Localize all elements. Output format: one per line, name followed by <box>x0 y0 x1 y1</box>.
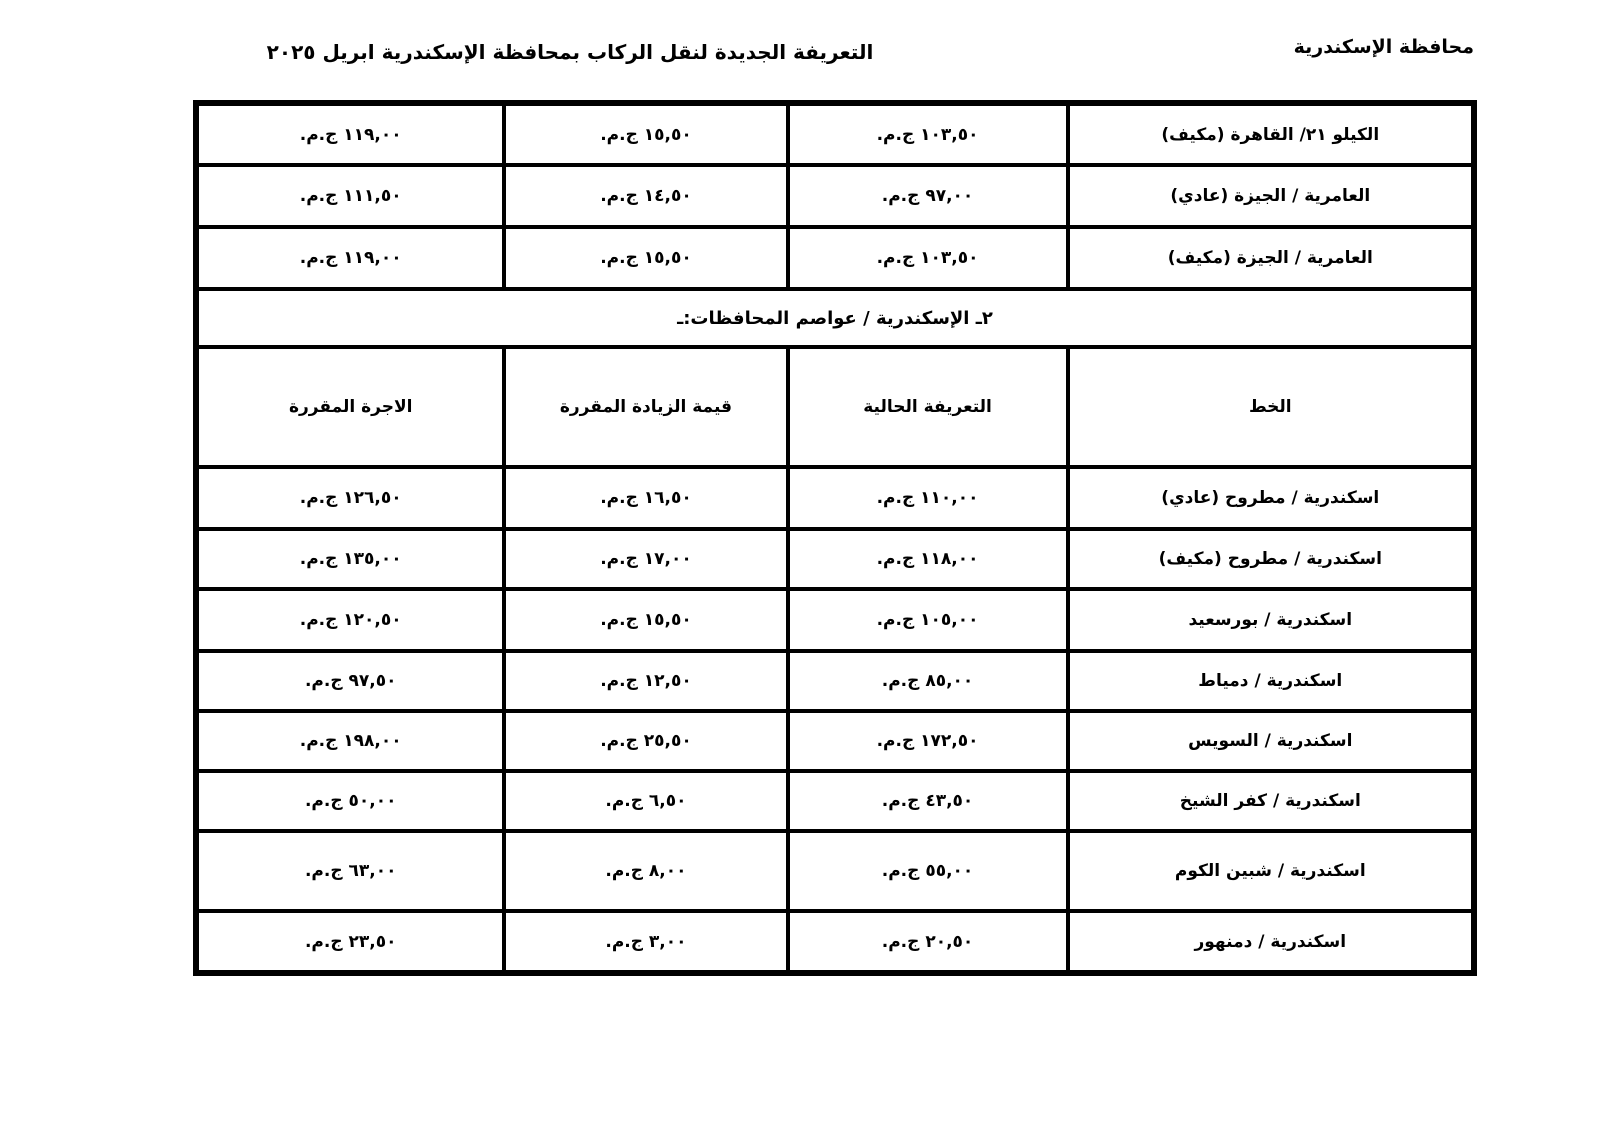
new-fare-cell: ١٩٨,٠٠ ج.م. <box>196 711 504 771</box>
current-fare-cell: ٨٥,٠٠ ج.م. <box>788 651 1068 711</box>
increase-cell: ١٧,٠٠ ج.م. <box>504 529 787 589</box>
section-banner: ٢ـ الإسكندرية / عواصم المحافظات:ـ <box>196 289 1474 347</box>
increase-cell: ٦,٥٠ ج.م. <box>504 771 787 831</box>
current-fare-cell: ١٠٥,٠٠ ج.م. <box>788 589 1068 651</box>
new-fare-cell: ٦٣,٠٠ ج.م. <box>196 831 504 911</box>
current-fare-cell: ١٠٣,٥٠ ج.م. <box>788 103 1068 165</box>
current-fare-cell: ١١٨,٠٠ ج.م. <box>788 529 1068 589</box>
column-header-line: الخط <box>1068 347 1474 467</box>
line-name-cell: اسكندرية / دمنهور <box>1068 911 1474 973</box>
current-fare-cell: ٩٧,٠٠ ج.م. <box>788 165 1068 227</box>
current-fare-cell: ٢٠,٥٠ ج.م. <box>788 911 1068 973</box>
increase-cell: ١٢,٥٠ ج.م. <box>504 651 787 711</box>
table-row: اسكندرية / كفر الشيخ ٤٣,٥٠ ج.م. ٦,٥٠ ج.م… <box>196 771 1474 831</box>
fare-table: الكيلو ٢١/ القاهرة (مكيف) ١٠٣,٥٠ ج.م. ١٥… <box>193 100 1477 976</box>
column-header-row: الخط التعريفة الحالية قيمة الزيادة المقر… <box>196 347 1474 467</box>
new-fare-cell: ١١٩,٠٠ ج.م. <box>196 103 504 165</box>
table-row: اسكندرية / السويس ١٧٢,٥٠ ج.م. ٢٥,٥٠ ج.م.… <box>196 711 1474 771</box>
new-fare-cell: ١٣٥,٠٠ ج.م. <box>196 529 504 589</box>
table-row: اسكندرية / شبين الكوم ٥٥,٠٠ ج.م. ٨,٠٠ ج.… <box>196 831 1474 911</box>
table-row: اسكندرية / بورسعيد ١٠٥,٠٠ ج.م. ١٥,٥٠ ج.م… <box>196 589 1474 651</box>
fare-table-container: الكيلو ٢١/ القاهرة (مكيف) ١٠٣,٥٠ ج.م. ١٥… <box>193 100 1477 976</box>
document-page: محافظة الإسكندرية التعريفة الجديدة لنقل … <box>0 0 1600 1131</box>
table-row: اسكندرية / مطروح (مكيف) ١١٨,٠٠ ج.م. ١٧,٠… <box>196 529 1474 589</box>
line-name-cell: العامرية / الجيزة (عادي) <box>1068 165 1474 227</box>
new-fare-cell: ٩٧,٥٠ ج.م. <box>196 651 504 711</box>
increase-cell: ١٥,٥٠ ج.م. <box>504 227 787 289</box>
current-fare-cell: ٤٣,٥٠ ج.م. <box>788 771 1068 831</box>
line-name-cell: اسكندرية / كفر الشيخ <box>1068 771 1474 831</box>
increase-cell: ٢٥,٥٠ ج.م. <box>504 711 787 771</box>
column-header-new-fare: الاجرة المقررة <box>196 347 504 467</box>
current-fare-cell: ١٠٣,٥٠ ج.م. <box>788 227 1068 289</box>
line-name-cell: اسكندرية / دمياط <box>1068 651 1474 711</box>
line-name-cell: اسكندرية / مطروح (عادي) <box>1068 467 1474 529</box>
column-header-increase: قيمة الزيادة المقررة <box>504 347 787 467</box>
increase-cell: ١٥,٥٠ ج.م. <box>504 589 787 651</box>
new-fare-cell: ٥٠,٠٠ ج.م. <box>196 771 504 831</box>
current-fare-cell: ١٧٢,٥٠ ج.م. <box>788 711 1068 771</box>
table-row: اسكندرية / دمنهور ٢٠,٥٠ ج.م. ٣,٠٠ ج.م. ٢… <box>196 911 1474 973</box>
section-banner-row: ٢ـ الإسكندرية / عواصم المحافظات:ـ <box>196 289 1474 347</box>
current-fare-cell: ١١٠,٠٠ ج.م. <box>788 467 1068 529</box>
line-name-cell: اسكندرية / السويس <box>1068 711 1474 771</box>
new-fare-cell: ١١٩,٠٠ ج.م. <box>196 227 504 289</box>
table-row: العامرية / الجيزة (عادي) ٩٧,٠٠ ج.م. ١٤,٥… <box>196 165 1474 227</box>
line-name-cell: اسكندرية / مطروح (مكيف) <box>1068 529 1474 589</box>
increase-cell: ١٤,٥٠ ج.م. <box>504 165 787 227</box>
current-fare-cell: ٥٥,٠٠ ج.م. <box>788 831 1068 911</box>
table-row: الكيلو ٢١/ القاهرة (مكيف) ١٠٣,٥٠ ج.م. ١٥… <box>196 103 1474 165</box>
line-name-cell: العامرية / الجيزة (مكيف) <box>1068 227 1474 289</box>
increase-cell: ٨,٠٠ ج.م. <box>504 831 787 911</box>
governorate-label: محافظة الإسكندرية <box>1294 36 1474 58</box>
new-fare-cell: ١٢٠,٥٠ ج.م. <box>196 589 504 651</box>
increase-cell: ١٥,٥٠ ج.م. <box>504 103 787 165</box>
new-fare-cell: ٢٣,٥٠ ج.م. <box>196 911 504 973</box>
document-title: التعريفة الجديدة لنقل الركاب بمحافظة الإ… <box>0 40 1140 64</box>
increase-cell: ٣,٠٠ ج.م. <box>504 911 787 973</box>
table-row: اسكندرية / مطروح (عادي) ١١٠,٠٠ ج.م. ١٦,٥… <box>196 467 1474 529</box>
new-fare-cell: ١١١,٥٠ ج.م. <box>196 165 504 227</box>
line-name-cell: الكيلو ٢١/ القاهرة (مكيف) <box>1068 103 1474 165</box>
table-row: اسكندرية / دمياط ٨٥,٠٠ ج.م. ١٢,٥٠ ج.م. ٩… <box>196 651 1474 711</box>
table-row: العامرية / الجيزة (مكيف) ١٠٣,٥٠ ج.م. ١٥,… <box>196 227 1474 289</box>
new-fare-cell: ١٢٦,٥٠ ج.م. <box>196 467 504 529</box>
increase-cell: ١٦,٥٠ ج.م. <box>504 467 787 529</box>
line-name-cell: اسكندرية / بورسعيد <box>1068 589 1474 651</box>
line-name-cell: اسكندرية / شبين الكوم <box>1068 831 1474 911</box>
column-header-current: التعريفة الحالية <box>788 347 1068 467</box>
